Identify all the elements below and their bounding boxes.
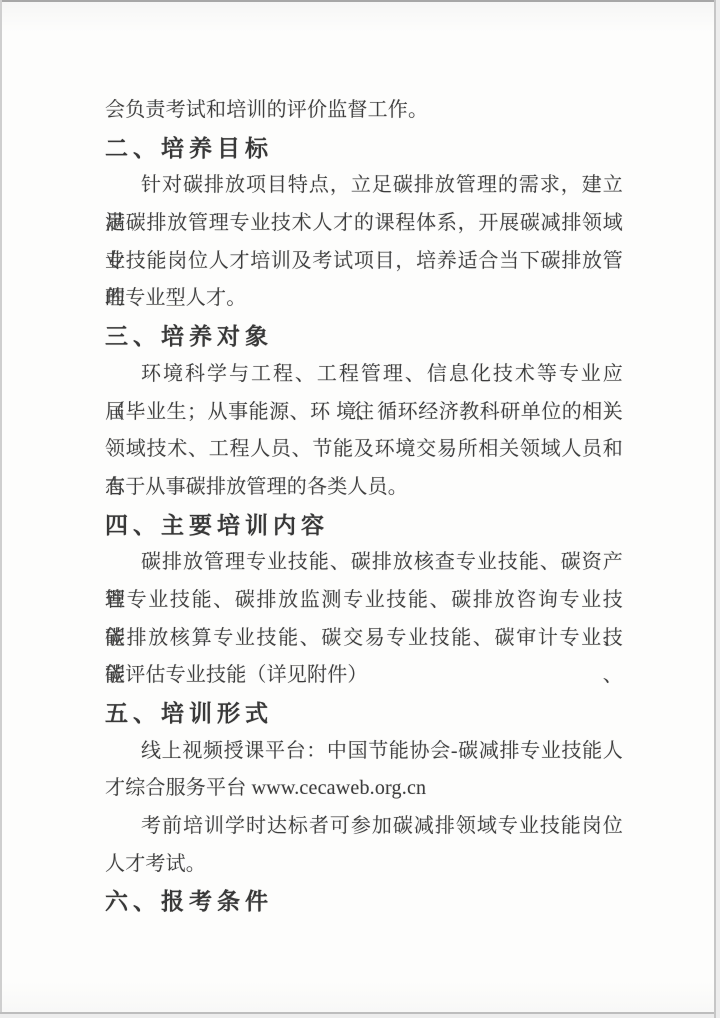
paragraph-line: 环境科学与工程、工程管理、信息化技术等专业应（往） — [105, 356, 623, 394]
paragraph-line: 线上视频授课平台：中国节能协会-碳减排专业技能人 — [105, 733, 623, 771]
paper-sheet: 会负责考试和培训的评价监督工作。二、培养目标针对碳排放项目特点，立足碳排放管理的… — [2, 2, 714, 1012]
paragraph-line: 足碳排放管理专业技术人才的课程体系，开展碳减排领域专 — [105, 205, 623, 243]
photo-edge-bottom-gap — [0, 1014, 720, 1018]
paragraph-line: 碳排放核算专业技能、碳交易专业技能、碳审计专业技能、 — [105, 620, 623, 658]
section-heading: 四、主要培训内容 — [105, 507, 623, 545]
paragraph-line: 针对碳排放项目特点，立足碳排放管理的需求，建立满 — [105, 167, 623, 205]
paragraph-line: 业技能岗位人才培训及考试项目，培养适合当下碳排放管理 — [105, 243, 623, 281]
paragraph-line: 理专业技能、碳排放监测专业技能、碳排放咨询专业技能、 — [105, 582, 623, 620]
paragraph-line: 会负责考试和培训的评价监督工作。 — [105, 92, 623, 130]
document-blocks: 会负责考试和培训的评价监督工作。二、培养目标针对碳排放项目特点，立足碳排放管理的… — [105, 92, 623, 921]
scanned-document-photo: { "page": { "kind": "scanned notice page… — [0, 0, 720, 1018]
section-heading: 六、报考条件 — [105, 883, 623, 921]
paragraph-line: 志于从事碳排放管理的各类人员。 — [105, 469, 623, 507]
paragraph-line: 人才考试。 — [105, 846, 623, 884]
paragraph-line: 才综合服务平台 www.cecaweb.org.cn — [105, 770, 623, 808]
paragraph-line: 碳排放管理专业技能、碳排放核查专业技能、碳资产管 — [105, 544, 623, 582]
paragraph-line: 的专业型人才。 — [105, 280, 623, 318]
paragraph-line: 考前培训学时达标者可参加碳减排领域专业技能岗位 — [105, 808, 623, 846]
section-heading: 五、培训形式 — [105, 695, 623, 733]
paragraph-line: 领域技术、工程人员、节能及环境交易所相关领域人员和有 — [105, 431, 623, 469]
photo-edge-right-gap — [716, 0, 720, 1018]
section-heading: 三、培养对象 — [105, 318, 623, 356]
photo-edge-top — [0, 0, 720, 2]
section-heading: 二、培养目标 — [105, 130, 623, 168]
paragraph-line: 届毕业生；从事能源、环 境、循环经济教科研单位的相关 — [105, 394, 623, 432]
photo-edge-left — [0, 0, 2, 1018]
